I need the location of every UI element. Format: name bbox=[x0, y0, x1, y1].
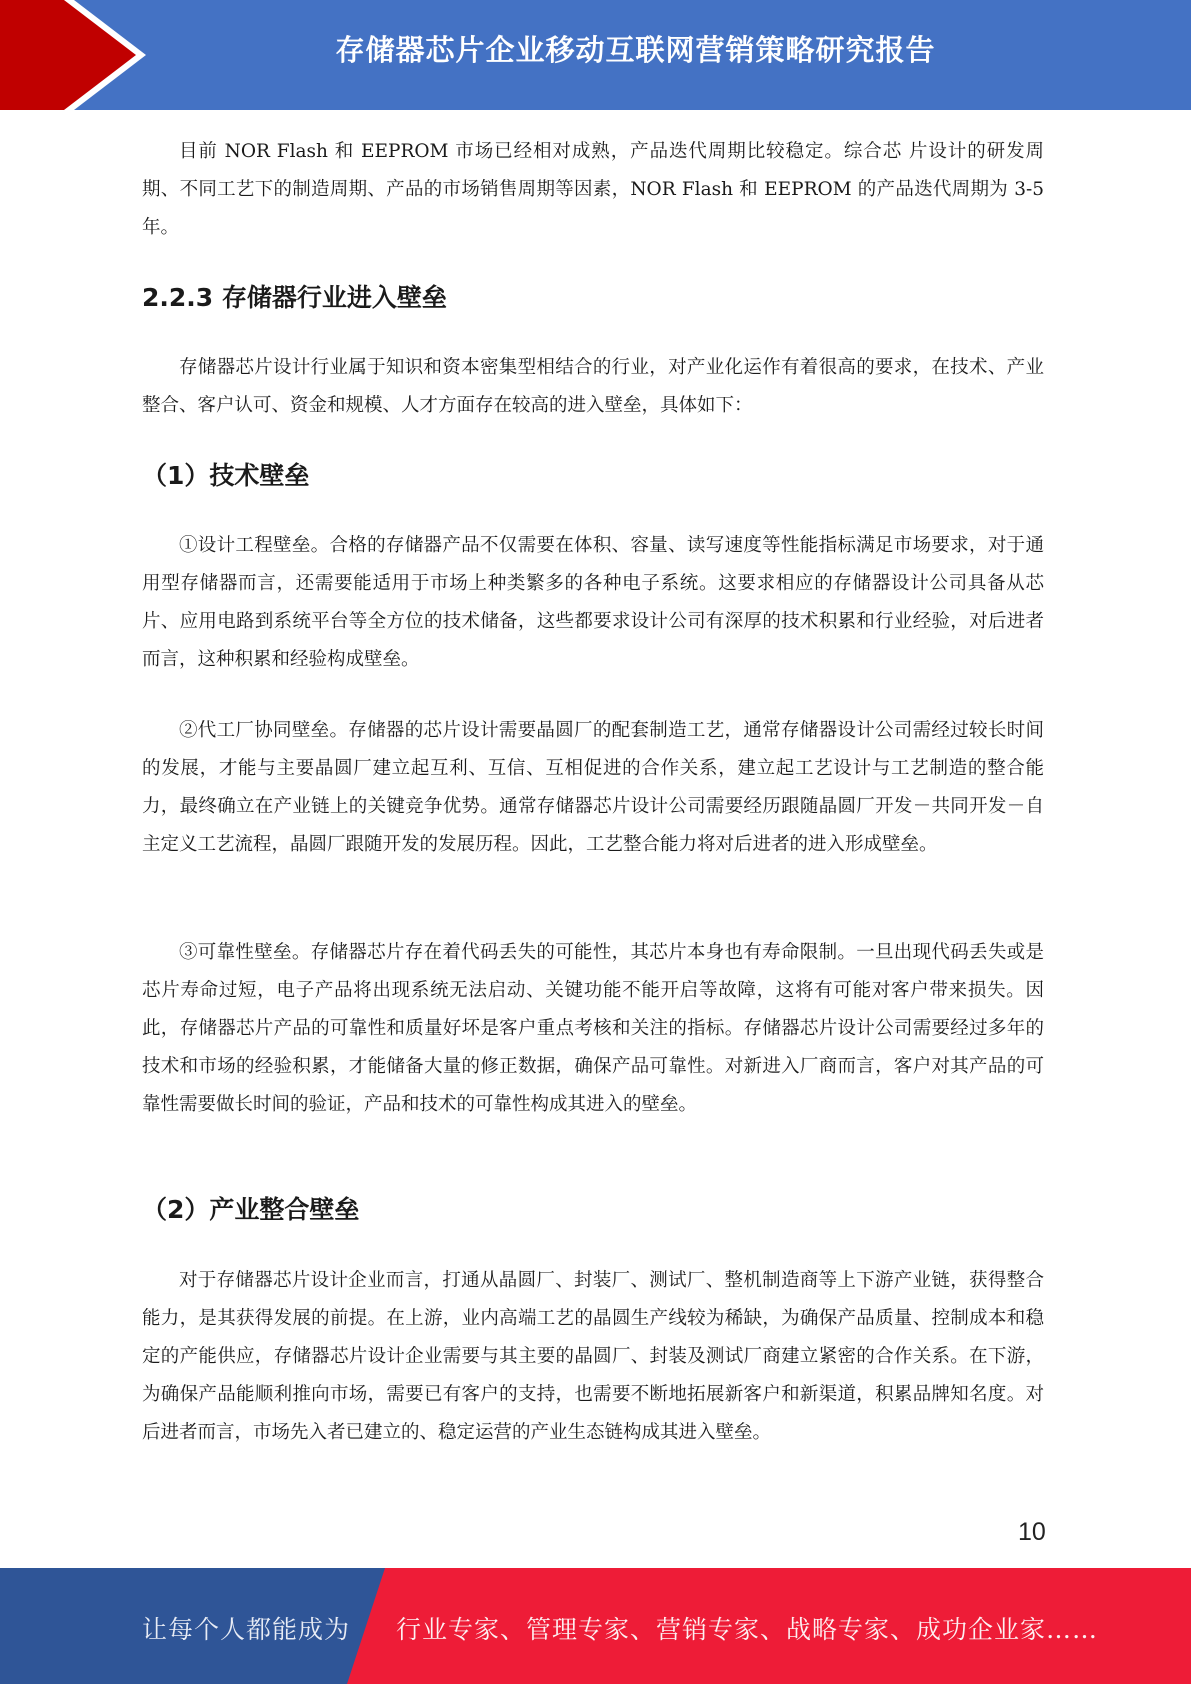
paragraph-wrap: 对于存储器芯片设计企业而言，打通从晶圆厂、封装厂、测试厂、整机制造商等上下游产业… bbox=[142, 1262, 1044, 1452]
section-intro-wrap: 存储器芯片设计行业属于知识和资本密集型相结合的行业，对产业化运作有着很高的要求，… bbox=[142, 349, 1044, 425]
paragraph-design-barrier: ①设计工程壁垒。合格的存储器产品不仅需要在体积、容量、读写速度等性能指标满足市场… bbox=[142, 527, 1044, 679]
paragraph-foundry-barrier: ②代工厂协同壁垒。存储器的芯片设计需要晶圆厂的配套制造工艺，通常存储器设计公司需… bbox=[142, 712, 1044, 864]
subsection-1-heading-wrap: （1）技术壁垒 bbox=[142, 456, 1044, 492]
document-body: 目前 NOR Flash 和 EEPROM 市场已经相对成熟，产品迭代周期比较稳… bbox=[142, 133, 1044, 247]
page-footer: 让每个人都能成为 行业专家、管理专家、营销专家、战略专家、成功企业家…… bbox=[0, 1568, 1191, 1684]
subsection-heading-technical: （1）技术壁垒 bbox=[142, 456, 1044, 492]
report-title: 存储器芯片企业移动互联网营销策略研究报告 bbox=[0, 28, 1191, 69]
section-intro: 存储器芯片设计行业属于知识和资本密集型相结合的行业，对产业化运作有着很高的要求，… bbox=[142, 349, 1044, 425]
paragraph-wrap: ①设计工程壁垒。合格的存储器产品不仅需要在体积、容量、读写速度等性能指标满足市场… bbox=[142, 527, 1044, 679]
paragraph-reliability-barrier: ③可靠性壁垒。存储器芯片存在着代码丢失的可能性，其芯片本身也有寿命限制。一旦出现… bbox=[142, 934, 1044, 1124]
subsection-heading-integration: （2）产业整合壁垒 bbox=[142, 1190, 1044, 1226]
paragraph-integration-barrier: 对于存储器芯片设计企业而言，打通从晶圆厂、封装厂、测试厂、整机制造商等上下游产业… bbox=[142, 1262, 1044, 1452]
page-header: 存储器芯片企业移动互联网营销策略研究报告 bbox=[0, 0, 1191, 110]
paragraph-wrap: ②代工厂协同壁垒。存储器的芯片设计需要晶圆厂的配套制造工艺，通常存储器设计公司需… bbox=[142, 712, 1044, 864]
subsection-2-heading-wrap: （2）产业整合壁垒 bbox=[142, 1190, 1044, 1226]
intro-paragraph: 目前 NOR Flash 和 EEPROM 市场已经相对成熟，产品迭代周期比较稳… bbox=[142, 133, 1044, 247]
footer-slogan-left: 让每个人都能成为 bbox=[142, 1610, 350, 1646]
paragraph-wrap: ③可靠性壁垒。存储器芯片存在着代码丢失的可能性，其芯片本身也有寿命限制。一旦出现… bbox=[142, 934, 1044, 1124]
page-number: 10 bbox=[1018, 1518, 1046, 1547]
footer-slogan-right: 行业专家、管理专家、营销专家、战略专家、成功企业家…… bbox=[396, 1610, 1098, 1646]
section-heading-wrap: 2.2.3 存储器行业进入壁垒 bbox=[142, 278, 1044, 314]
section-heading: 2.2.3 存储器行业进入壁垒 bbox=[142, 278, 1044, 314]
